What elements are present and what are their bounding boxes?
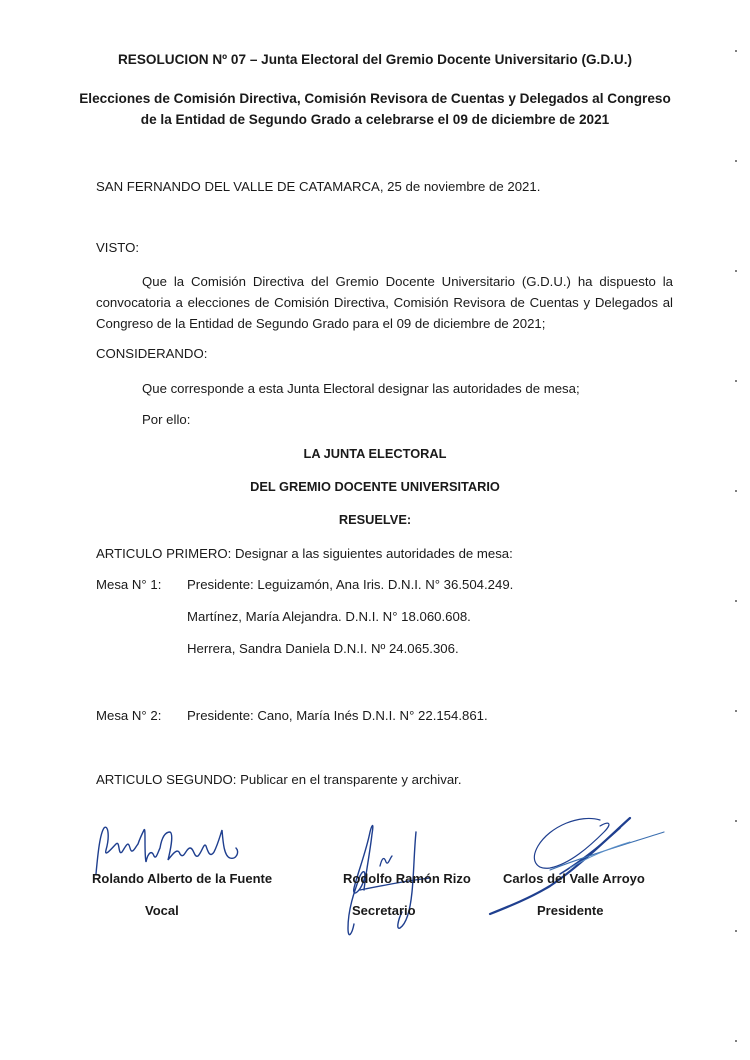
- visto-paragraph: Que la Comisión Directiva del Gremio Doc…: [96, 271, 673, 334]
- resolution-subheading-line2: de la Entidad de Segundo Grado a celebra…: [0, 109, 750, 130]
- scan-speck: [735, 270, 737, 272]
- document-page: RESOLUCION Nº 07 – Junta Electoral del G…: [0, 0, 750, 1060]
- considerando-label: CONSIDERANDO:: [96, 346, 207, 362]
- por-ello: Por ello:: [142, 412, 190, 428]
- resolve-header-line2: DEL GREMIO DOCENTE UNIVERSITARIO: [0, 479, 750, 495]
- signatory-2-role: Secretario: [352, 903, 416, 918]
- signatory-3-name: Carlos del Valle Arroyo: [503, 871, 645, 886]
- signatory-2-name: Rodolfo Ramón Rizo: [343, 871, 471, 886]
- resolution-heading: RESOLUCION Nº 07 – Junta Electoral del G…: [0, 52, 750, 67]
- considerando-text: Que corresponde a esta Junta Electoral d…: [142, 381, 580, 397]
- resolution-subheading-line1: Elecciones de Comisión Directiva, Comisi…: [0, 88, 750, 109]
- mesa-1-label: Mesa N° 1:: [96, 577, 161, 593]
- signature-presidente-icon: [480, 806, 670, 916]
- mesa-1-member: Herrera, Sandra Daniela D.N.I. Nº 24.065…: [187, 641, 459, 657]
- signatory-1-role: Vocal: [145, 903, 179, 918]
- scan-speck: [735, 710, 737, 712]
- scan-speck: [735, 490, 737, 492]
- scan-speck: [735, 820, 737, 822]
- resolve-header-line3: RESUELVE:: [0, 512, 750, 528]
- scan-speck: [735, 50, 737, 52]
- resolve-header-line1: LA JUNTA ELECTORAL: [0, 446, 750, 462]
- scan-speck: [735, 930, 737, 932]
- visto-text: Que la Comisión Directiva del Gremio Doc…: [96, 274, 673, 331]
- mesa-2-label: Mesa N° 2:: [96, 708, 161, 724]
- scan-speck: [735, 380, 737, 382]
- mesa-1-member: Presidente: Leguizamón, Ana Iris. D.N.I.…: [187, 577, 513, 593]
- scan-speck: [735, 160, 737, 162]
- signatory-1-name: Rolando Alberto de la Fuente: [92, 871, 272, 886]
- visto-label: VISTO:: [96, 240, 139, 256]
- mesa-2-member: Presidente: Cano, María Inés D.N.I. N° 2…: [187, 708, 488, 724]
- signatory-3-role: Presidente: [537, 903, 603, 918]
- articulo-segundo: ARTICULO SEGUNDO: Publicar en el transpa…: [96, 772, 461, 788]
- scan-speck: [735, 1040, 737, 1042]
- mesa-1-member: Martínez, María Alejandra. D.N.I. N° 18.…: [187, 609, 471, 625]
- place-date: SAN FERNANDO DEL VALLE DE CATAMARCA, 25 …: [96, 179, 540, 195]
- scan-speck: [735, 600, 737, 602]
- articulo-primero: ARTICULO PRIMERO: Designar a las siguien…: [96, 546, 513, 562]
